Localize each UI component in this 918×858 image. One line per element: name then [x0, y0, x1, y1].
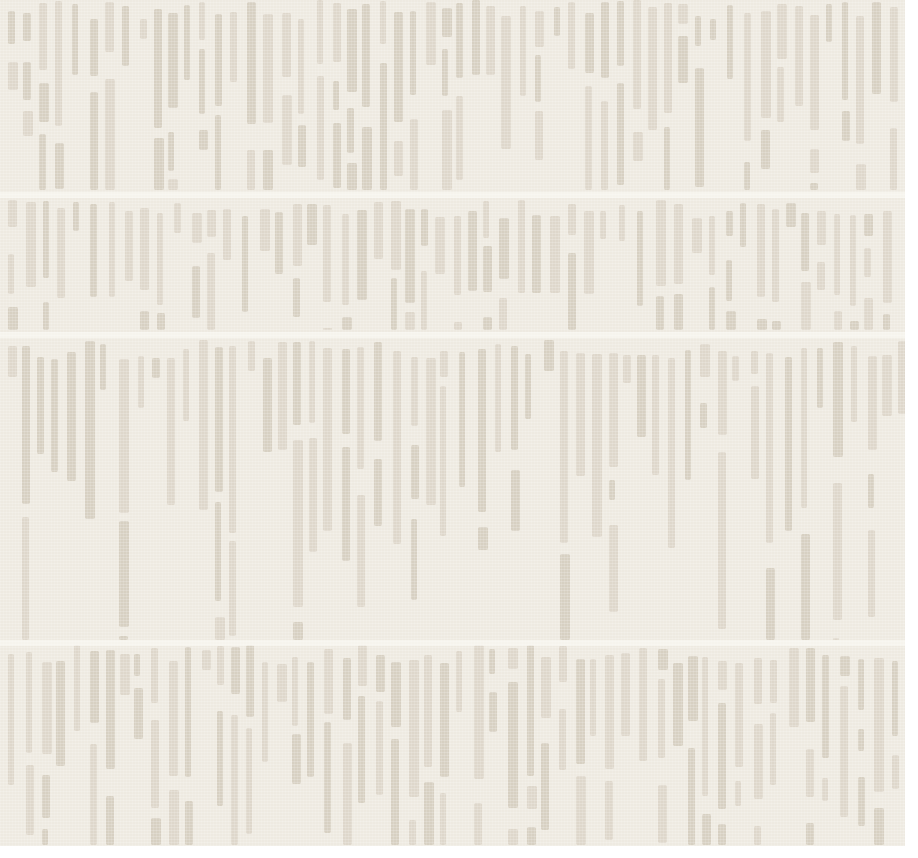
weave-texture	[0, 0, 905, 846]
rug-photo	[0, 0, 905, 846]
